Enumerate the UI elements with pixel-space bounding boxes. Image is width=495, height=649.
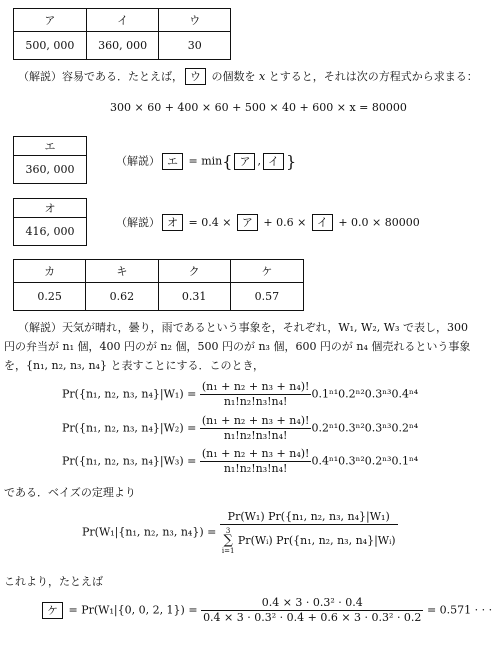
explanation-text: とすると，それは次の方程式から求まる：	[265, 70, 478, 83]
answer-box-u: ウ	[185, 68, 206, 85]
fraction-denominator: n₁!n₂!n₃!n₄!	[200, 462, 312, 476]
answer-table-a-u: ア イ ウ 500, 000 360, 000 30	[13, 8, 231, 60]
explanation-u: （解説）容易である．たとえば，ウ の個数を x とすると，それは次の方程式から求…	[18, 68, 478, 85]
header-ki: キ	[86, 260, 158, 283]
answer-table-e: エ 360, 000	[13, 136, 87, 184]
likelihood-rhs: 0.1ⁿ¹0.2ⁿ²0.3ⁿ³0.4ⁿ⁴	[311, 388, 418, 401]
fraction-numerator: Pr(W₁) Pr({n₁, n₂, n₃, n₄}|W₁)	[220, 510, 398, 525]
explanation-text: （解説）	[116, 155, 160, 168]
answer-box-i: イ	[312, 214, 333, 231]
equation-term: + 0.6 ×	[260, 216, 310, 229]
multinomial-fraction: (n₁ + n₂ + n₃ + n₄)!n₁!n₂!n₃!n₄!	[200, 447, 312, 476]
header-ku: ク	[158, 260, 230, 283]
value-i: 360, 000	[86, 32, 159, 60]
explanation-text: （解説）容易である．たとえば，	[18, 70, 183, 83]
likelihood-w3: Pr({n₁, n₂, n₃, n₄}|W₃) = (n₁ + n₂ + n₃ …	[62, 447, 418, 476]
brace-close: }	[286, 152, 296, 171]
answer-table-ka-ke: カ キ ク ケ 0.25 0.62 0.31 0.57	[13, 259, 304, 311]
denominator-term: Pr(Wᵢ) Pr({n₁, n₂, n₃, n₄}|Wᵢ)	[238, 534, 396, 547]
likelihood-lhs: Pr({n₁, n₂, n₃, n₄}|W₂) =	[62, 422, 196, 435]
example-result: = 0.571 · · ·	[427, 604, 492, 617]
answer-box-ke: ケ	[42, 602, 63, 619]
sum-symbol: 3∑i=1	[222, 527, 235, 555]
bayes-intro: である．ベイズの定理より	[4, 484, 136, 500]
sum-lower: i=1	[222, 547, 235, 555]
likelihood-lhs: Pr({n₁, n₂, n₃, n₄}|W₃) =	[62, 455, 196, 468]
fraction-denominator: n₁!n₂!n₃!n₄!	[200, 429, 312, 443]
likelihood-rhs: 0.4ⁿ¹0.3ⁿ²0.2ⁿ³0.1ⁿ⁴	[311, 455, 418, 468]
likelihood-w2: Pr({n₁, n₂, n₃, n₄}|W₂) = (n₁ + n₂ + n₃ …	[62, 414, 418, 443]
min-operator: = min	[185, 155, 222, 168]
answer-box-e: エ	[162, 153, 183, 170]
equation-term: = 0.4 ×	[185, 216, 235, 229]
explanation-e: （解説）エ = min{ア,イ}	[116, 152, 296, 171]
fraction-denominator: 0.4 × 3 · 0.3² · 0.4 + 0.6 × 3 · 0.3² · …	[201, 611, 423, 625]
bayes-equation: Pr(W₁|{n₁, n₂, n₃, n₄}) = Pr(W₁) Pr({n₁,…	[82, 510, 398, 555]
explanation-line-1: （解説）天気が晴れ，曇り，雨であるという事象を，それぞれ，W₁, W₂, W₃ …	[18, 319, 468, 335]
value-u: 30	[159, 32, 231, 60]
header-e: エ	[14, 137, 87, 156]
header-ke: ケ	[230, 260, 303, 283]
answer-box-a: ア	[234, 153, 255, 170]
explanation-text: （解説）	[116, 216, 160, 229]
likelihood-lhs: Pr({n₁, n₂, n₃, n₄}|W₁) =	[62, 388, 196, 401]
answer-box-a: ア	[237, 214, 258, 231]
fraction-numerator: 0.4 × 3 · 0.3² · 0.4	[201, 596, 423, 611]
likelihood-rhs: 0.2ⁿ¹0.3ⁿ²0.3ⁿ³0.2ⁿ⁴	[311, 422, 418, 435]
bayes-fraction: Pr(W₁) Pr({n₁, n₂, n₃, n₄}|W₁) 3∑i=1 Pr(…	[220, 510, 398, 555]
value-a: 500, 000	[14, 32, 87, 60]
fraction-numerator: (n₁ + n₂ + n₃ + n₄)!	[200, 414, 312, 429]
explanation-line-2: 円の弁当が n₁ 個，400 円のが n₂ 個，500 円のが n₃ 個，600…	[4, 338, 470, 354]
value-e: 360, 000	[14, 156, 87, 184]
multinomial-fraction: (n₁ + n₂ + n₃ + n₄)!n₁!n₂!n₃!n₄!	[200, 414, 312, 443]
example-intro: これより，たとえば	[4, 573, 103, 589]
fraction-denominator: n₁!n₂!n₃!n₄!	[200, 395, 312, 409]
answer-box-o: オ	[162, 214, 183, 231]
fraction-numerator: (n₁ + n₂ + n₃ + n₄)!	[200, 380, 312, 395]
header-i: イ	[86, 9, 159, 32]
brace-open: {	[222, 152, 232, 171]
example-lhs: = Pr(W₁|{0, 0, 2, 1}) =	[65, 604, 198, 617]
answer-box-i: イ	[263, 153, 284, 170]
header-o: オ	[14, 199, 87, 218]
explanation-o: （解説）オ = 0.4 × ア + 0.6 × イ + 0.0 × 80000	[116, 214, 420, 231]
value-o: 416, 000	[14, 218, 87, 246]
value-ki: 0.62	[86, 283, 158, 311]
equation-term: + 0.0 × 80000	[335, 216, 420, 229]
example-equation: ケ = Pr(W₁|{0, 0, 2, 1}) = 0.4 × 3 · 0.3²…	[40, 596, 492, 625]
fraction-denominator: 3∑i=1 Pr(Wᵢ) Pr({n₁, n₂, n₃, n₄}|Wᵢ)	[220, 525, 398, 555]
explanation-line-3: を，{n₁, n₂, n₃, n₄} と表すことにする．このとき，	[4, 357, 264, 373]
header-a: ア	[14, 9, 87, 32]
equation-u: 300 × 60 + 400 × 60 + 500 × 40 + 600 × x…	[110, 101, 407, 114]
explanation-text: の個数を	[208, 70, 259, 83]
multinomial-fraction: (n₁ + n₂ + n₃ + n₄)!n₁!n₂!n₃!n₄!	[200, 380, 312, 409]
value-ke: 0.57	[230, 283, 303, 311]
example-fraction: 0.4 × 3 · 0.3² · 0.40.4 × 3 · 0.3² · 0.4…	[201, 596, 423, 625]
header-u: ウ	[159, 9, 231, 32]
header-ka: カ	[14, 260, 86, 283]
value-ku: 0.31	[158, 283, 230, 311]
answer-table-o: オ 416, 000	[13, 198, 87, 246]
value-ka: 0.25	[14, 283, 86, 311]
fraction-numerator: (n₁ + n₂ + n₃ + n₄)!	[200, 447, 312, 462]
likelihood-w1: Pr({n₁, n₂, n₃, n₄}|W₁) = (n₁ + n₂ + n₃ …	[62, 380, 418, 409]
bayes-lhs: Pr(W₁|{n₁, n₂, n₃, n₄}) =	[82, 526, 216, 539]
